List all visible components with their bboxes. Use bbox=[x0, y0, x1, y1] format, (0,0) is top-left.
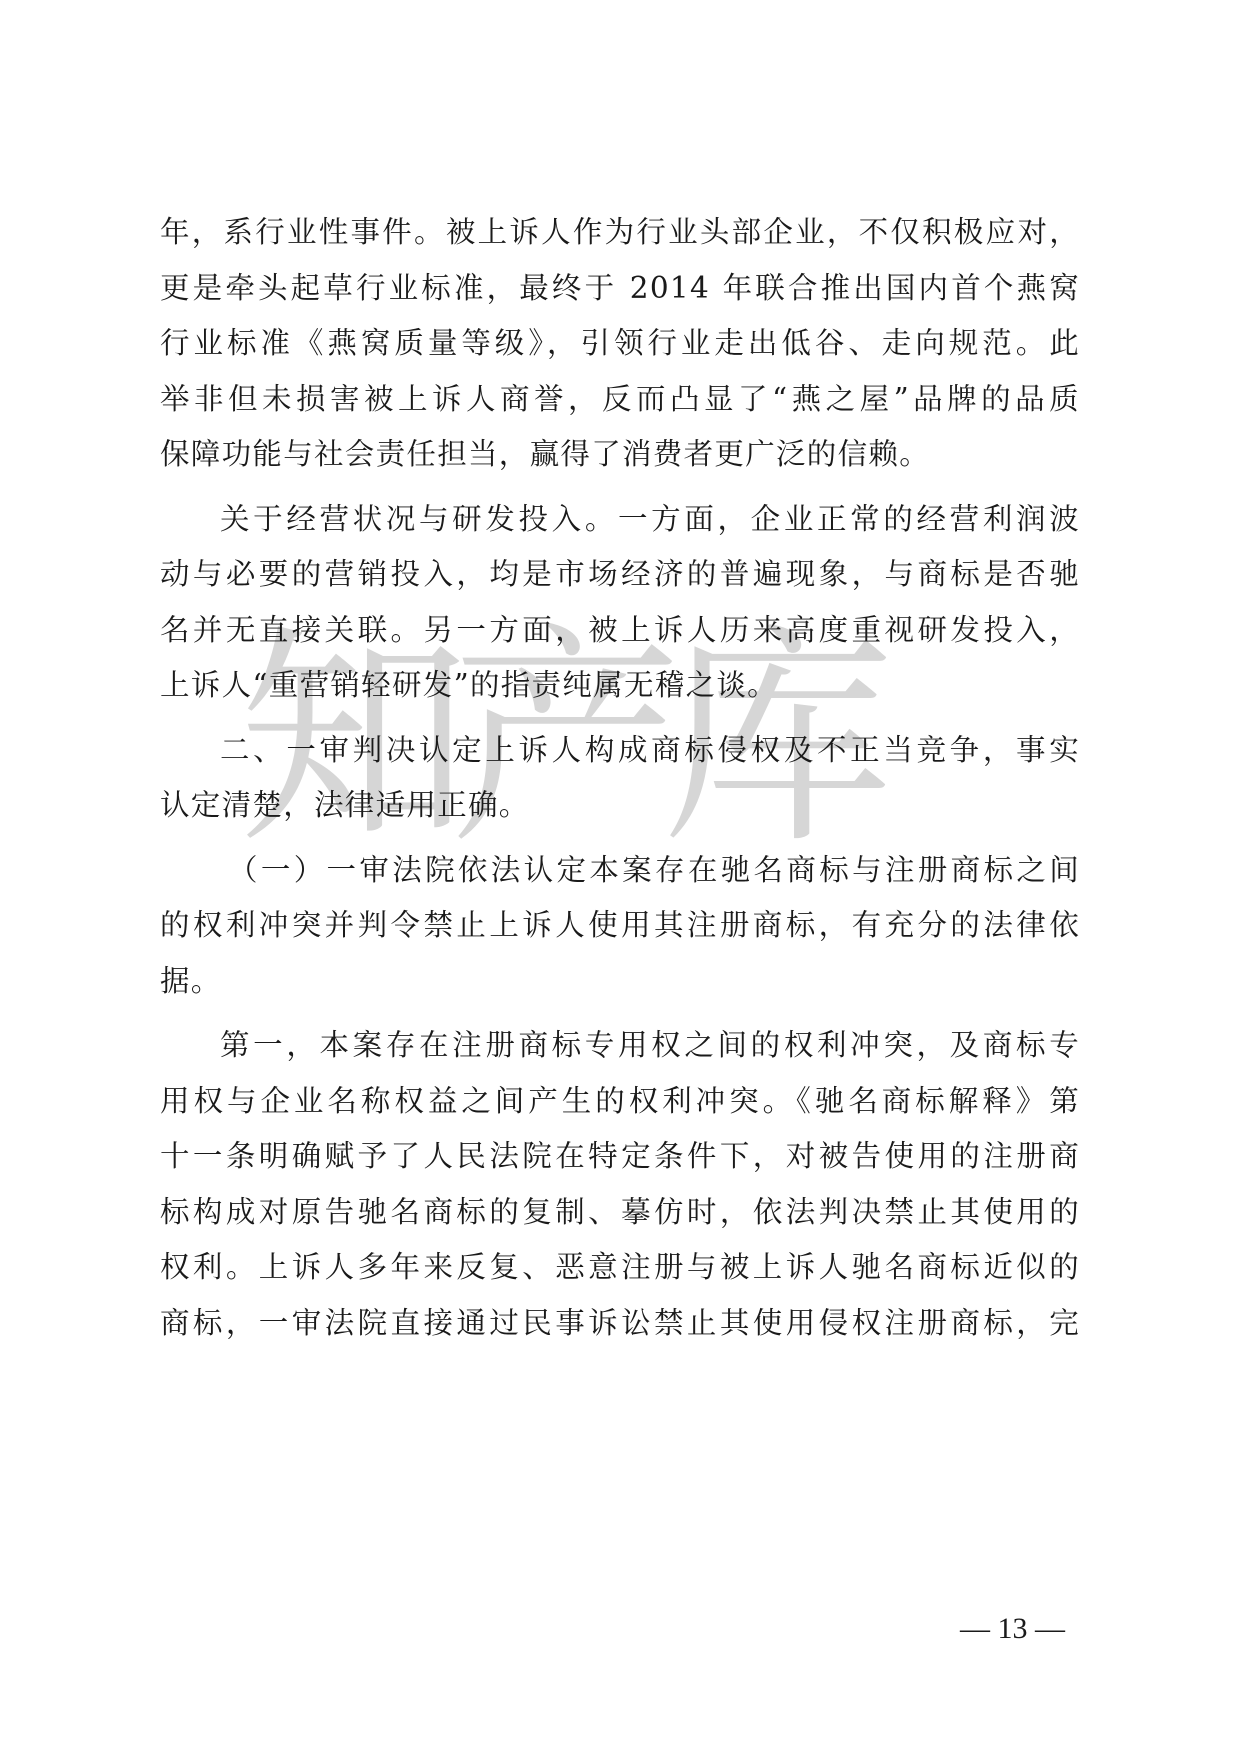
page-number: — 13 — bbox=[960, 1612, 1080, 1646]
text-line: 商标，一审法院直接通过民事诉讼禁止其使用侵权注册商标，完 bbox=[160, 1296, 1080, 1352]
text-line: 标构成对原告驰名商标的复制、摹仿时，依法判决禁止其使用的 bbox=[160, 1185, 1080, 1241]
text-line: 十一条明确赋予了人民法院在特定条件下，对被告使用的注册商 bbox=[160, 1129, 1080, 1185]
text-line: 认定清楚，法律适用正确。 bbox=[160, 778, 1080, 834]
text-line: 的权利冲突并判令禁止上诉人使用其注册商标，有充分的法律依 bbox=[160, 898, 1080, 954]
paragraph-first-point: 第一，本案存在注册商标专用权之间的权利冲突，及商标专 用权与企业名称权益之间产生… bbox=[160, 1018, 1080, 1351]
text-line: 第一，本案存在注册商标专用权之间的权利冲突，及商标专 bbox=[160, 1018, 1080, 1074]
subsection-heading-1: （一）一审法院依法认定本案存在驰名商标与注册商标之间 的权利冲突并判令禁止上诉人… bbox=[160, 843, 1080, 1010]
text-line: 二、一审判决认定上诉人构成商标侵权及不正当竞争，事实 bbox=[160, 723, 1080, 779]
text-line: 上诉人“重营销轻研发”的指责纯属无稽之谈。 bbox=[160, 658, 1080, 714]
paragraph-continuation: 年，系行业性事件。被上诉人作为行业头部企业，不仅积极应对， 更是牵头起草行业标准… bbox=[160, 205, 1080, 483]
text-line: 名并无直接关联。另一方面，被上诉人历来高度重视研发投入， bbox=[160, 603, 1080, 659]
text-line: 举非但未损害被上诉人商誉，反而凸显了“燕之屋”品牌的品质 bbox=[160, 372, 1080, 428]
text-line: 权利。上诉人多年来反复、恶意注册与被上诉人驰名商标近似的 bbox=[160, 1240, 1080, 1296]
text-line: 更是牵头起草行业标准，最终于 2014 年联合推出国内首个燕窝 bbox=[160, 261, 1080, 317]
body-text: 年，系行业性事件。被上诉人作为行业头部企业，不仅积极应对， 更是牵头起草行业标准… bbox=[160, 205, 1080, 1351]
text-line: 行业标准《燕窝质量等级》，引领行业走出低谷、走向规范。此 bbox=[160, 316, 1080, 372]
text-line: 年，系行业性事件。被上诉人作为行业头部企业，不仅积极应对， bbox=[160, 205, 1080, 261]
paragraph-business-and-rd: 关于经营状况与研发投入。一方面，企业正常的经营利润波 动与必要的营销投入，均是市… bbox=[160, 492, 1080, 714]
document-page: 知产库 年，系行业性事件。被上诉人作为行业头部企业，不仅积极应对， 更是牵头起草… bbox=[0, 0, 1240, 1753]
text-line: 动与必要的营销投入，均是市场经济的普遍现象，与商标是否驰 bbox=[160, 547, 1080, 603]
text-line: 保障功能与社会责任担当，赢得了消费者更广泛的信赖。 bbox=[160, 427, 1080, 483]
text-line: 用权与企业名称权益之间产生的权利冲突。《驰名商标解释》第 bbox=[160, 1074, 1080, 1130]
section-heading-2: 二、一审判决认定上诉人构成商标侵权及不正当竞争，事实 认定清楚，法律适用正确。 bbox=[160, 723, 1080, 834]
text-line: 据。 bbox=[160, 954, 1080, 1010]
text-line: （一）一审法院依法认定本案存在驰名商标与注册商标之间 bbox=[160, 843, 1080, 899]
text-line: 关于经营状况与研发投入。一方面，企业正常的经营利润波 bbox=[160, 492, 1080, 548]
